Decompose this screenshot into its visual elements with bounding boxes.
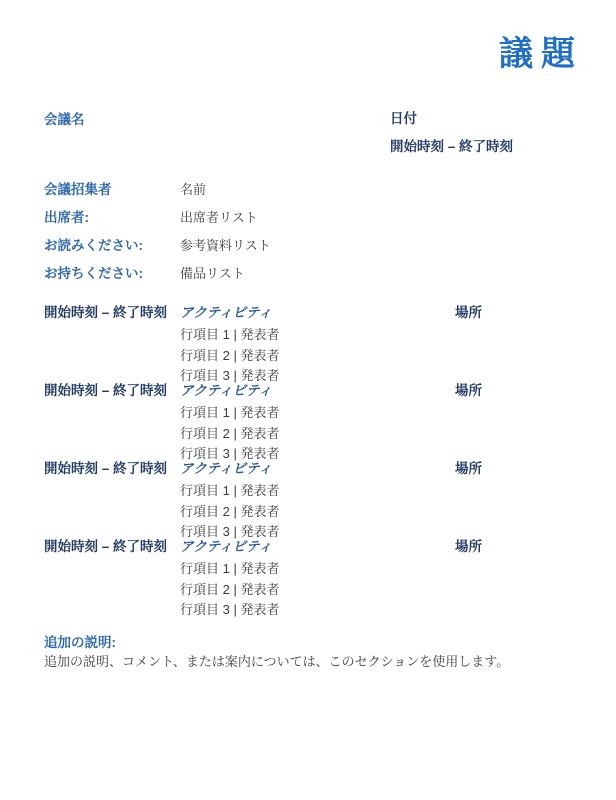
agenda-activity-label: アクティビティ <box>180 457 272 477</box>
agenda-location-label: 場所 <box>455 535 482 555</box>
agenda-line-item: 行項目 1 | 発表者 <box>180 480 279 499</box>
agenda-time-range: 開始時刻 – 終了時刻 <box>44 379 167 399</box>
page-title: 議題 <box>499 36 583 73</box>
meeting-time-range-label: 開始時刻 – 終了時刻 <box>390 135 513 155</box>
date-label: 日付 <box>390 107 417 127</box>
agenda-activity-label: アクティビティ <box>180 535 272 555</box>
info-row-attendees: 出席者: 出席者リスト <box>0 206 616 226</box>
meeting-name-label: 会議名 <box>44 108 85 128</box>
please-read-value: 参考資料リスト <box>180 235 271 254</box>
info-row-organizer: 会議招集者 名前 <box>0 178 616 198</box>
agenda-block: 開始時刻 – 終了時刻 アクティビティ 場所 行項目 1 | 発表者 行項目 2… <box>0 457 616 535</box>
please-bring-label: お持ちください: <box>44 262 143 282</box>
agenda-line-item: 行項目 2 | 発表者 <box>180 501 279 520</box>
agenda-time-range: 開始時刻 – 終了時刻 <box>44 535 167 555</box>
agenda-activity-label: アクティビティ <box>180 379 272 399</box>
agenda-block: 開始時刻 – 終了時刻 アクティビティ 場所 行項目 1 | 発表者 行項目 2… <box>0 379 616 457</box>
agenda-document-page: 議題 会議名 日付 開始時刻 – 終了時刻 会議招集者 名前 出席者: 出席者リ… <box>0 0 616 800</box>
agenda-time-range: 開始時刻 – 終了時刻 <box>44 301 167 321</box>
agenda-line-item: 行項目 1 | 発表者 <box>180 402 279 421</box>
agenda-block: 開始時刻 – 終了時刻 アクティビティ 場所 行項目 1 | 発表者 行項目 2… <box>0 535 616 613</box>
agenda-block: 開始時刻 – 終了時刻 アクティビティ 場所 行項目 1 | 発表者 行項目 2… <box>0 301 616 379</box>
organizer-value: 名前 <box>180 179 206 198</box>
info-row-please-read: お読みください: 参考資料リスト <box>0 234 616 254</box>
agenda-activity-label: アクティビティ <box>180 301 272 321</box>
agenda-line-item: 行項目 2 | 発表者 <box>180 579 279 598</box>
please-bring-value: 備品リスト <box>180 263 245 282</box>
agenda-location-label: 場所 <box>455 301 482 321</box>
agenda-line-item: 行項目 2 | 発表者 <box>180 423 279 442</box>
attendees-label: 出席者: <box>44 206 89 226</box>
agenda-line-item: 行項目 1 | 発表者 <box>180 324 279 343</box>
additional-notes-body: 追加の説明、コメント、または案内については、このセクションを使用します。 <box>44 651 509 670</box>
agenda-line-item: 行項目 2 | 発表者 <box>180 345 279 364</box>
info-row-please-bring: お持ちください: 備品リスト <box>0 262 616 282</box>
additional-notes-label: 追加の説明: <box>44 631 116 651</box>
agenda-line-item: 行項目 3 | 発表者 <box>180 599 279 618</box>
agenda-line-item: 行項目 1 | 発表者 <box>180 558 279 577</box>
agenda-location-label: 場所 <box>455 379 482 399</box>
organizer-label: 会議招集者 <box>44 178 112 198</box>
agenda-time-range: 開始時刻 – 終了時刻 <box>44 457 167 477</box>
attendees-value: 出席者リスト <box>180 207 258 226</box>
agenda-location-label: 場所 <box>455 457 482 477</box>
please-read-label: お読みください: <box>44 234 143 254</box>
